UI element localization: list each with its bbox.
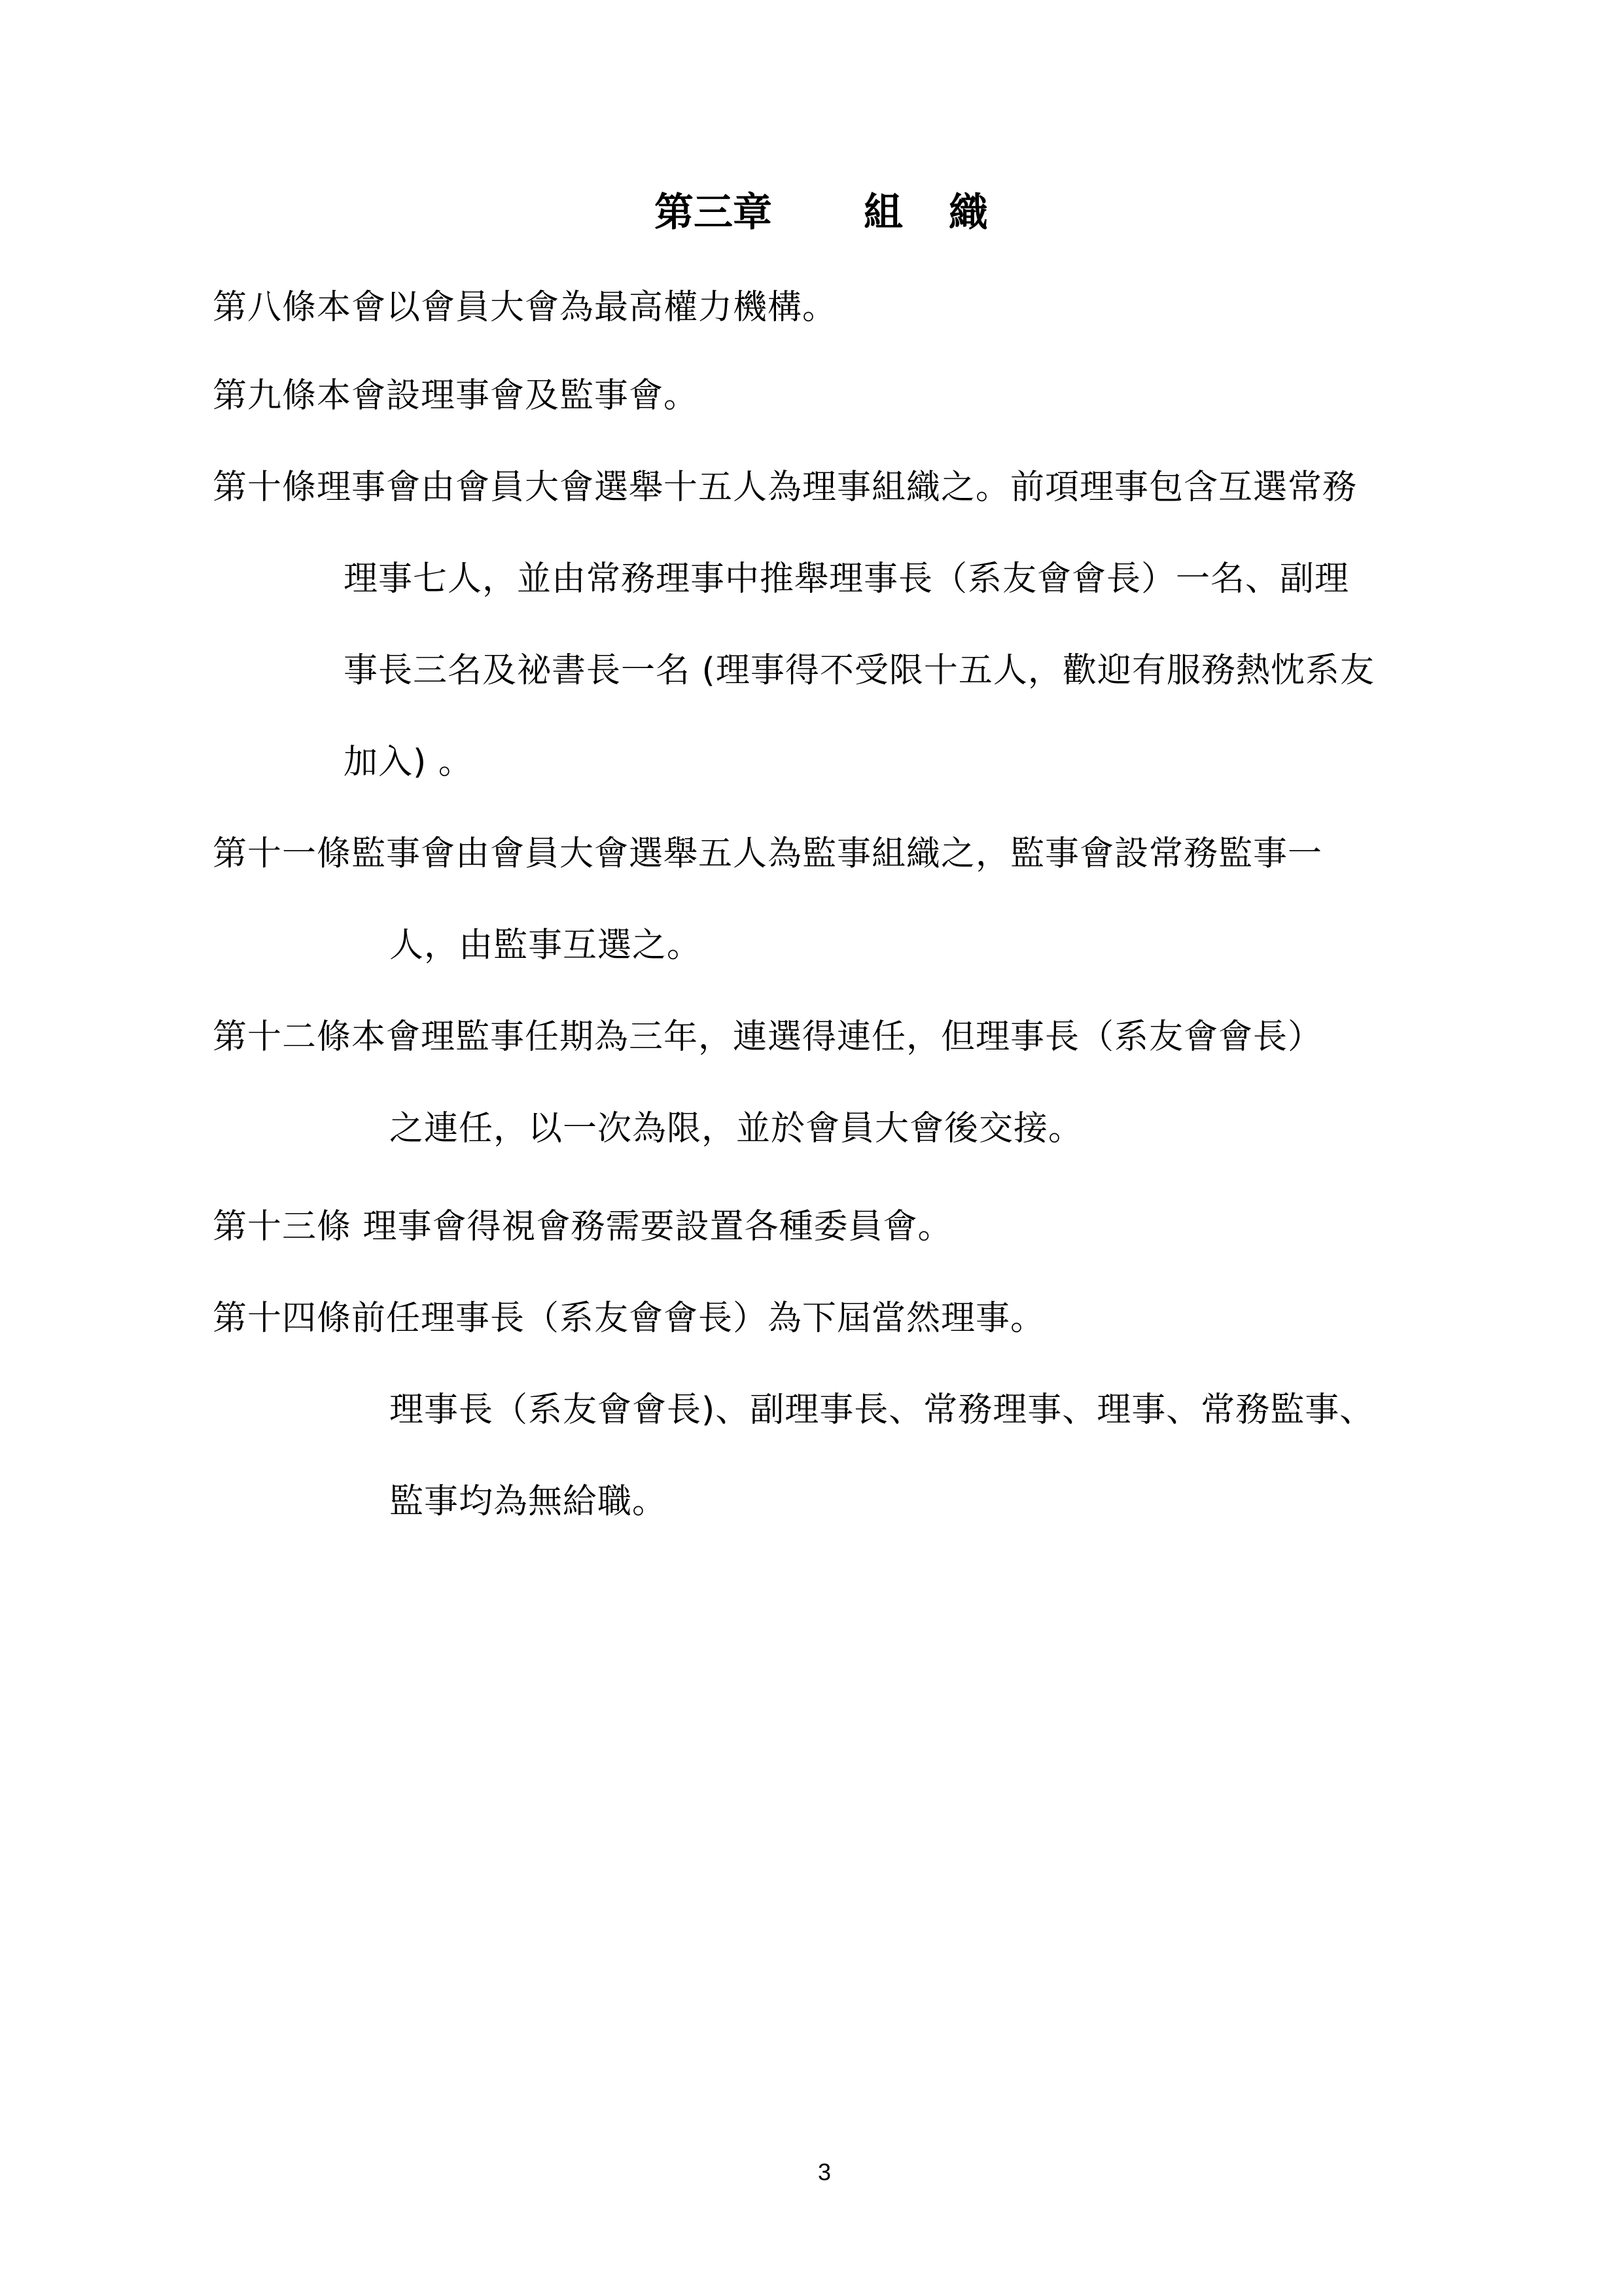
chapter-heading: 第三章組織 (654, 190, 988, 236)
page-number: 3 (818, 2159, 831, 2185)
article-9-line-1: 第九條本會設理事會及監事會。 (213, 376, 698, 415)
article-8-line-1: 第八條本會以會員大會為最高權力機構。 (213, 288, 837, 327)
chapter-title-char-1: 組 (864, 190, 903, 236)
article-11-line-2: 人，由監事互選之。 (389, 926, 701, 965)
article-10-line-4: 加入) 。 (344, 743, 473, 782)
article-13-line-1: 第十三條 理事會得視會務需要設置各種委員會。 (213, 1207, 953, 1246)
article-12-line-1: 第十二條本會理監事任期為三年，連選得連任，但理事長（系友會會長） (213, 1017, 1322, 1057)
document-page: 第三章組織 第八條本會以會員大會為最高權力機構。 第九條本會設理事會及監事會。 … (0, 0, 1624, 2296)
article-11-line-1: 第十一條監事會由會員大會選舉五人為監事組織之，監事會設常務監事一 (213, 834, 1322, 874)
article-14-line-3: 監事均為無給職。 (389, 1482, 667, 1521)
chapter-number: 第三章 (654, 190, 772, 236)
article-10-line-2: 理事七人，並由常務理事中推舉理事長（系友會會長）一名、副理 (344, 559, 1349, 599)
article-10-line-1: 第十條理事會由會員大會選舉十五人為理事組織之。前項理事包含互選常務 (213, 468, 1357, 507)
chapter-title-char-2: 織 (949, 190, 988, 236)
article-14-line-2: 理事長（系友會會長)、副理事長、常務理事、理事、常務監事、 (389, 1390, 1374, 1430)
article-10-line-3: 事長三名及祕書長一名 (理事得不受限十五人，歡迎有服務熱忱系友 (344, 651, 1375, 690)
article-12-line-2: 之連任，以一次為限，並於會員大會後交接。 (389, 1109, 1083, 1148)
article-14-line-1: 第十四條前任理事長（系友會會長）為下屆當然理事。 (213, 1299, 1045, 1338)
